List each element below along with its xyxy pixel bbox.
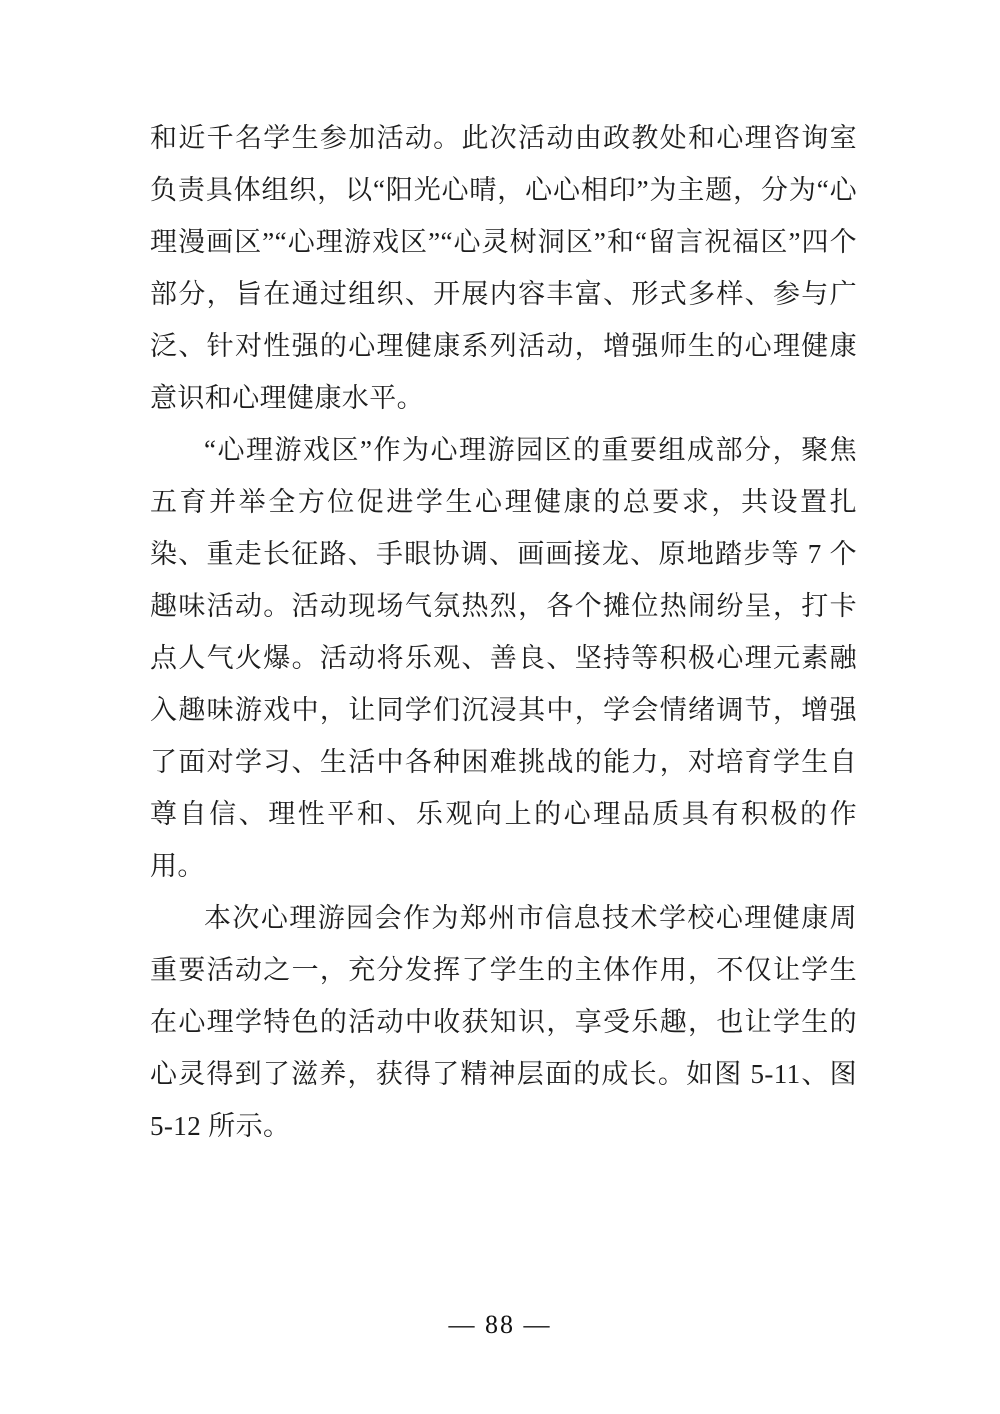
paragraph-summary: 本次心理游园会作为郑州市信息技术学校心理健康周重要活动之一，充分发挥了学生的主体… — [150, 892, 857, 1152]
page-number: — 88 — — [449, 1310, 552, 1339]
document-page: 和近千名学生参加活动。此次活动由政教处和心理咨询室负责具体组织，以“阳光心晴，心… — [0, 0, 1000, 1414]
page-body: 和近千名学生参加活动。此次活动由政教处和心理咨询室负责具体组织，以“阳光心晴，心… — [150, 112, 857, 1152]
paragraph-game-zone: “心理游戏区”作为心理游园区的重要组成部分，聚焦五育并举全方位促进学生心理健康的… — [150, 424, 857, 892]
paragraph-continuation: 和近千名学生参加活动。此次活动由政教处和心理咨询室负责具体组织，以“阳光心晴，心… — [150, 112, 857, 424]
page-footer: — 88 — — [0, 1308, 1000, 1342]
